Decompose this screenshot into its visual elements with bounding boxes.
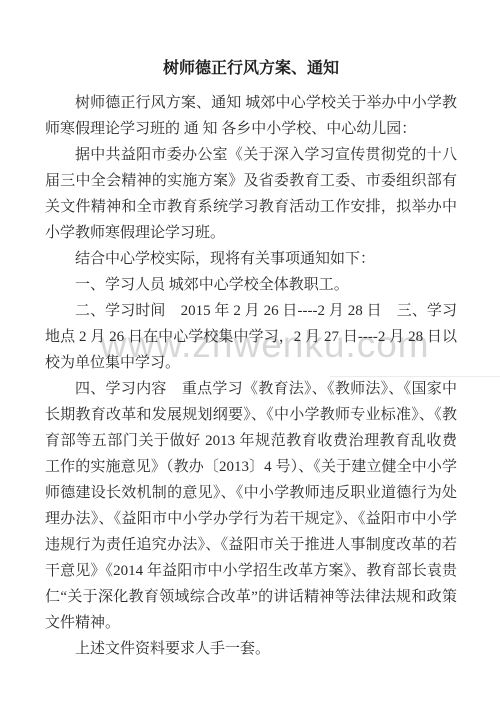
paragraph-item-2-3-time-place: 二、学习时间 2015 年 2 月 26 日----2 月 28 日 三、学习地… — [45, 298, 457, 376]
document-title: 树师德正行风方案、通知 — [45, 57, 457, 81]
paragraph-lead-in: 结合中心学校实际，现将有关事项通知如下： — [45, 246, 457, 272]
paragraph-item-4-content: 四、学习内容 重点学习《教育法》、《教师法》、《国家中长期教育改革和发展规划纲要… — [45, 376, 457, 636]
paragraph-item-1-personnel: 一、学习人员 城郊中心学校全体教职工。 — [45, 272, 457, 298]
document-body: 树师德正行风方案、通知 树师德正行风方案、通知 城郊中心学校关于举办中小学教师寒… — [45, 57, 457, 662]
paragraph-basis: 据中共益阳市委办公室《关于深入学习宣传贯彻党的十八届三中全会精神的实施方案》及省… — [45, 142, 457, 246]
paragraph-closing: 上述文件资料要求人手一套。 — [45, 636, 457, 662]
document-page: www.zhwenku.com 树师德正行风方案、通知 树师德正行风方案、通知 … — [0, 0, 500, 708]
paragraph-intro: 树师德正行风方案、通知 城郊中心学校关于举办中小学教师寒假理论学习班的 通 知 … — [45, 90, 457, 142]
